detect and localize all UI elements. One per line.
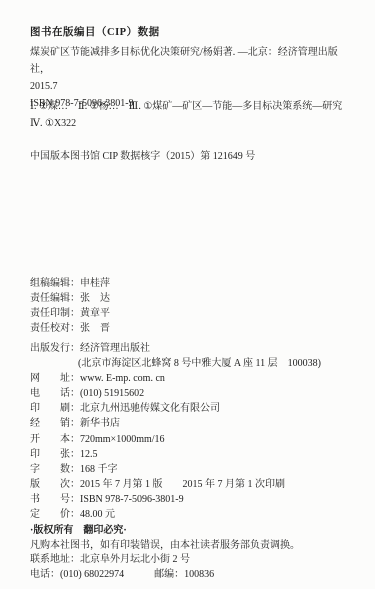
staff-label: 责任编辑： bbox=[30, 291, 80, 306]
pub-label: 印 刷： bbox=[30, 401, 80, 416]
pub-value: (010) 51915602 bbox=[80, 386, 144, 401]
copyright-notice-phone-zip: 电话：(010) 68022974 邮编：100836 bbox=[30, 568, 357, 583]
staff-credits: 组稿编辑： 申桂萍 责任编辑： 张 达 责任印制： 黄章平 责任校对： 张 晋 bbox=[30, 276, 357, 336]
staff-label: 组稿编辑： bbox=[30, 276, 80, 291]
pub-row-isbn: 书 号： ISBN 978-7-5096-3801-9 bbox=[30, 492, 357, 507]
pub-row-distributor: 经 销： 新华书店 bbox=[30, 416, 357, 431]
pub-label: 经 销： bbox=[30, 416, 80, 431]
pub-value: ISBN 978-7-5096-3801-9 bbox=[80, 492, 184, 507]
pub-value: 168 千字 bbox=[80, 462, 118, 477]
pub-label: 开 本： bbox=[30, 432, 80, 447]
pub-row-address: (北京市海淀区北蜂窝 8 号中雅大厦 A 座 11 层 100038) bbox=[30, 356, 357, 371]
cip-header: 图书在版编目（CIP）数据 bbox=[30, 24, 357, 39]
staff-label: 责任印制： bbox=[30, 306, 80, 321]
pub-label: 定 价： bbox=[30, 507, 80, 522]
staff-name: 黄章平 bbox=[80, 306, 110, 321]
pub-row-edition: 版 次： 2015 年 7 月第 1 版 2015 年 7 月第 1 次印刷 bbox=[30, 477, 357, 492]
staff-row: 责任编辑： 张 达 bbox=[30, 291, 357, 306]
copyright-notice-title: ·版权所有 翻印必究· bbox=[30, 524, 357, 539]
copyright-notice: ·版权所有 翻印必究· 凡购本社图书，如有印装错误，由本社读者服务部负责调换。 … bbox=[30, 524, 357, 582]
pub-value: 北京九州迅驰传媒文化有限公司 bbox=[80, 401, 220, 416]
pub-label: 书 号： bbox=[30, 492, 80, 507]
pub-value: 新华书店 bbox=[80, 416, 120, 431]
pub-label bbox=[30, 356, 78, 371]
pub-row-wordcount: 字 数： 168 千字 bbox=[30, 462, 357, 477]
pub-row-printer: 印 刷： 北京九州迅驰传媒文化有限公司 bbox=[30, 401, 357, 416]
book-copyright-page: 图书在版编目（CIP）数据 煤炭矿区节能减排多目标优化决策研究/杨娟著. —北京… bbox=[0, 0, 375, 589]
pub-label: 印 张： bbox=[30, 447, 80, 462]
cip-record-number: 中国版本图书馆 CIP 数据核字（2015）第 121649 号 bbox=[30, 147, 357, 162]
publisher-address: (北京市海淀区北蜂窝 8 号中雅大厦 A 座 11 层 100038) bbox=[78, 356, 321, 371]
pub-value: 720mm×1000mm/16 bbox=[80, 432, 165, 447]
pub-row-publisher: 出版发行： 经济管理出版社 bbox=[30, 341, 357, 356]
staff-name: 申桂萍 bbox=[80, 276, 110, 291]
pub-row-price: 定 价： 48.00 元 bbox=[30, 507, 357, 522]
pub-value: 2015 年 7 月第 1 版 2015 年 7 月第 1 次印刷 bbox=[80, 477, 285, 492]
cip-classification-line2: Ⅳ. ①X322 bbox=[30, 115, 357, 132]
staff-row: 组稿编辑： 申桂萍 bbox=[30, 276, 357, 291]
pub-row-website: 网 址： www. E-mp. com. cn bbox=[30, 371, 357, 386]
pub-row-sheets: 印 张： 12.5 bbox=[30, 447, 357, 462]
pub-value: 12.5 bbox=[80, 447, 98, 462]
pub-label: 字 数： bbox=[30, 462, 80, 477]
copyright-notice-line1: 凡购本社图书，如有印装错误，由本社读者服务部负责调换。 bbox=[30, 539, 357, 554]
pub-label: 版 次： bbox=[30, 477, 80, 492]
cip-classification: Ⅰ. ①煤… Ⅱ. ①杨… Ⅲ. ①煤矿—矿区—节能—多目标决策系统—研究 Ⅳ.… bbox=[30, 98, 357, 132]
publication-info: 出版发行： 经济管理出版社 (北京市海淀区北蜂窝 8 号中雅大厦 A 座 11 … bbox=[30, 341, 357, 522]
cip-description-line1: 煤炭矿区节能减排多目标优化决策研究/杨娟著. —北京：经济管理出版社， bbox=[30, 44, 357, 78]
staff-name: 张 达 bbox=[80, 291, 110, 306]
staff-label: 责任校对： bbox=[30, 321, 80, 336]
staff-row: 责任印制： 黄章平 bbox=[30, 306, 357, 321]
cip-description-line2: 2015.7 bbox=[30, 78, 357, 95]
pub-row-phone: 电 话： (010) 51915602 bbox=[30, 386, 357, 401]
pub-value: 48.00 元 bbox=[80, 507, 115, 522]
pub-value: 经济管理出版社 bbox=[80, 341, 150, 356]
pub-label: 网 址： bbox=[30, 371, 80, 386]
pub-row-format: 开 本： 720mm×1000mm/16 bbox=[30, 432, 357, 447]
staff-row: 责任校对： 张 晋 bbox=[30, 321, 357, 336]
staff-name: 张 晋 bbox=[80, 321, 110, 336]
copyright-notice-address: 联系地址：北京阜外月坛北小街 2 号 bbox=[30, 553, 357, 568]
pub-label: 出版发行： bbox=[30, 341, 80, 356]
cip-classification-line1: Ⅰ. ①煤… Ⅱ. ①杨… Ⅲ. ①煤矿—矿区—节能—多目标决策系统—研究 bbox=[30, 98, 357, 115]
pub-label: 电 话： bbox=[30, 386, 80, 401]
pub-value: www. E-mp. com. cn bbox=[80, 371, 165, 386]
